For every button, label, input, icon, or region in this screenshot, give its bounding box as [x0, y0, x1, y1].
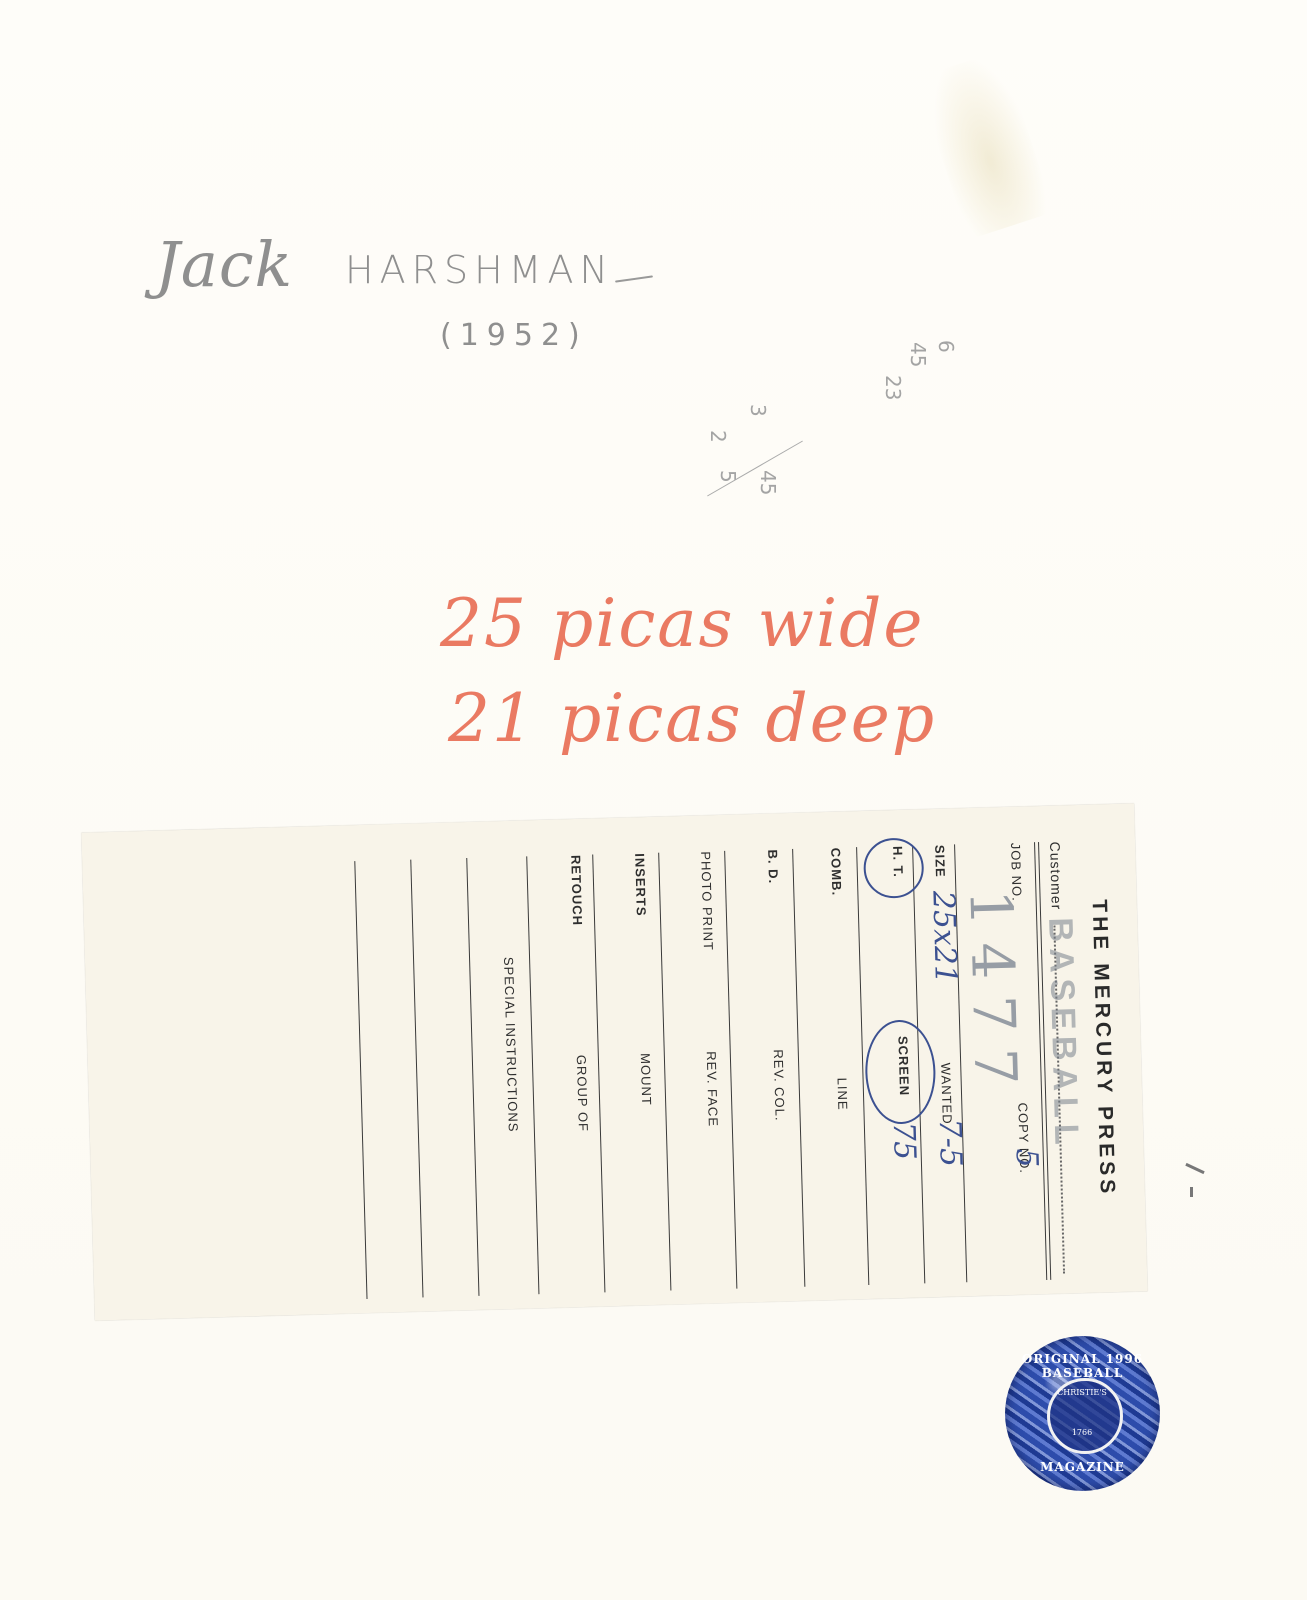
rule-comb: [792, 849, 805, 1287]
customer-stamp: BASEBALL: [1040, 917, 1085, 1151]
water-stain: [916, 50, 1054, 239]
row-inserts: INSERTS MOUNT: [647, 853, 659, 1285]
row-bd: B. D. REV. COL.: [780, 849, 792, 1281]
size-value: 25x21: [925, 890, 963, 984]
row-special: SPECIAL INSTRUCTIONS: [513, 857, 525, 1289]
row-photo-print: PHOTO PRINT REV. FACE: [713, 851, 725, 1283]
red-note-depth: 21 picas deep: [448, 680, 936, 757]
photo-back-page: Jack HARSHMAN (1952) 45 23 6 3 45 2 5 25…: [0, 0, 1307, 1600]
calc-23: 23: [881, 375, 905, 400]
caption-dash: [615, 275, 653, 282]
screen-value: 75: [886, 1121, 922, 1160]
special-instructions-label: SPECIAL INSTRUCTIONS: [501, 957, 521, 1133]
rev-face-label: REV. FACE: [704, 1051, 721, 1127]
calc-6: 6: [934, 340, 958, 353]
caption-year: (1952): [440, 318, 588, 353]
instruction-line-1: [466, 858, 479, 1296]
ht-circle: [863, 837, 925, 899]
mount-label: MOUNT: [638, 1053, 654, 1106]
calc-3: 3: [746, 404, 770, 417]
size-label: SIZE: [932, 845, 948, 878]
copy-no-value: 5: [1009, 1148, 1045, 1168]
seal-bottom-text: MAGAZINE: [1005, 1460, 1160, 1474]
rule-bd: [724, 851, 737, 1289]
rev-col-label: REV. COL.: [771, 1049, 788, 1122]
photo-print-label: PHOTO PRINT: [698, 851, 716, 951]
instruction-line-2: [410, 860, 423, 1298]
caption-first-name: Jack: [155, 228, 293, 301]
seal-badge-text: CHRISTIE'S: [1053, 1388, 1111, 1397]
rule-inserts: [592, 855, 605, 1293]
calc-45b: 45: [756, 470, 780, 495]
calc-2: 2: [706, 430, 730, 443]
line-label: LINE: [835, 1077, 851, 1110]
comb-label: COMB.: [828, 848, 844, 897]
row-comb: COMB. LINE: [843, 848, 855, 1280]
calc-5: 5: [716, 470, 740, 483]
screen-circle: [864, 1019, 937, 1125]
pencil-mark-2: [1190, 1187, 1193, 1197]
rule-retouch: [526, 856, 539, 1294]
group-of-label: GROUP OF: [574, 1055, 591, 1132]
job-ticket: THE MERCURY PRESS Customer BASEBALL JOB …: [81, 803, 1147, 1320]
customer-label: Customer: [1047, 841, 1065, 910]
wanted-value: 7-5: [932, 1118, 968, 1167]
baseball-magazine-seal: ORIGINAL 1996 BASEBALL CHRISTIE'S 1766 M…: [1005, 1336, 1160, 1491]
job-no-stamp: 1477: [956, 888, 1030, 1101]
wanted-label: WANTED: [938, 1063, 955, 1125]
caption-last-name: HARSHMAN: [345, 248, 614, 292]
ticket-title: THE MERCURY PRESS: [1084, 804, 1122, 1292]
seal-top-text: ORIGINAL 1996 BASEBALL: [1005, 1352, 1160, 1380]
calc-45: 45: [906, 342, 930, 367]
job-ticket-content: THE MERCURY PRESS Customer BASEBALL JOB …: [81, 803, 1147, 1320]
seal-badge-year: 1766: [1053, 1428, 1111, 1437]
retouch-label: RETOUCH: [568, 855, 585, 926]
instruction-line-3: [354, 861, 367, 1299]
bd-label: B. D.: [765, 849, 781, 884]
pencil-mark: [1185, 1163, 1204, 1174]
calc-fraction-line: [707, 441, 803, 497]
rule-photo-print: [658, 853, 671, 1291]
red-note-width: 25 picas wide: [440, 585, 924, 662]
inserts-label: INSERTS: [632, 853, 649, 917]
